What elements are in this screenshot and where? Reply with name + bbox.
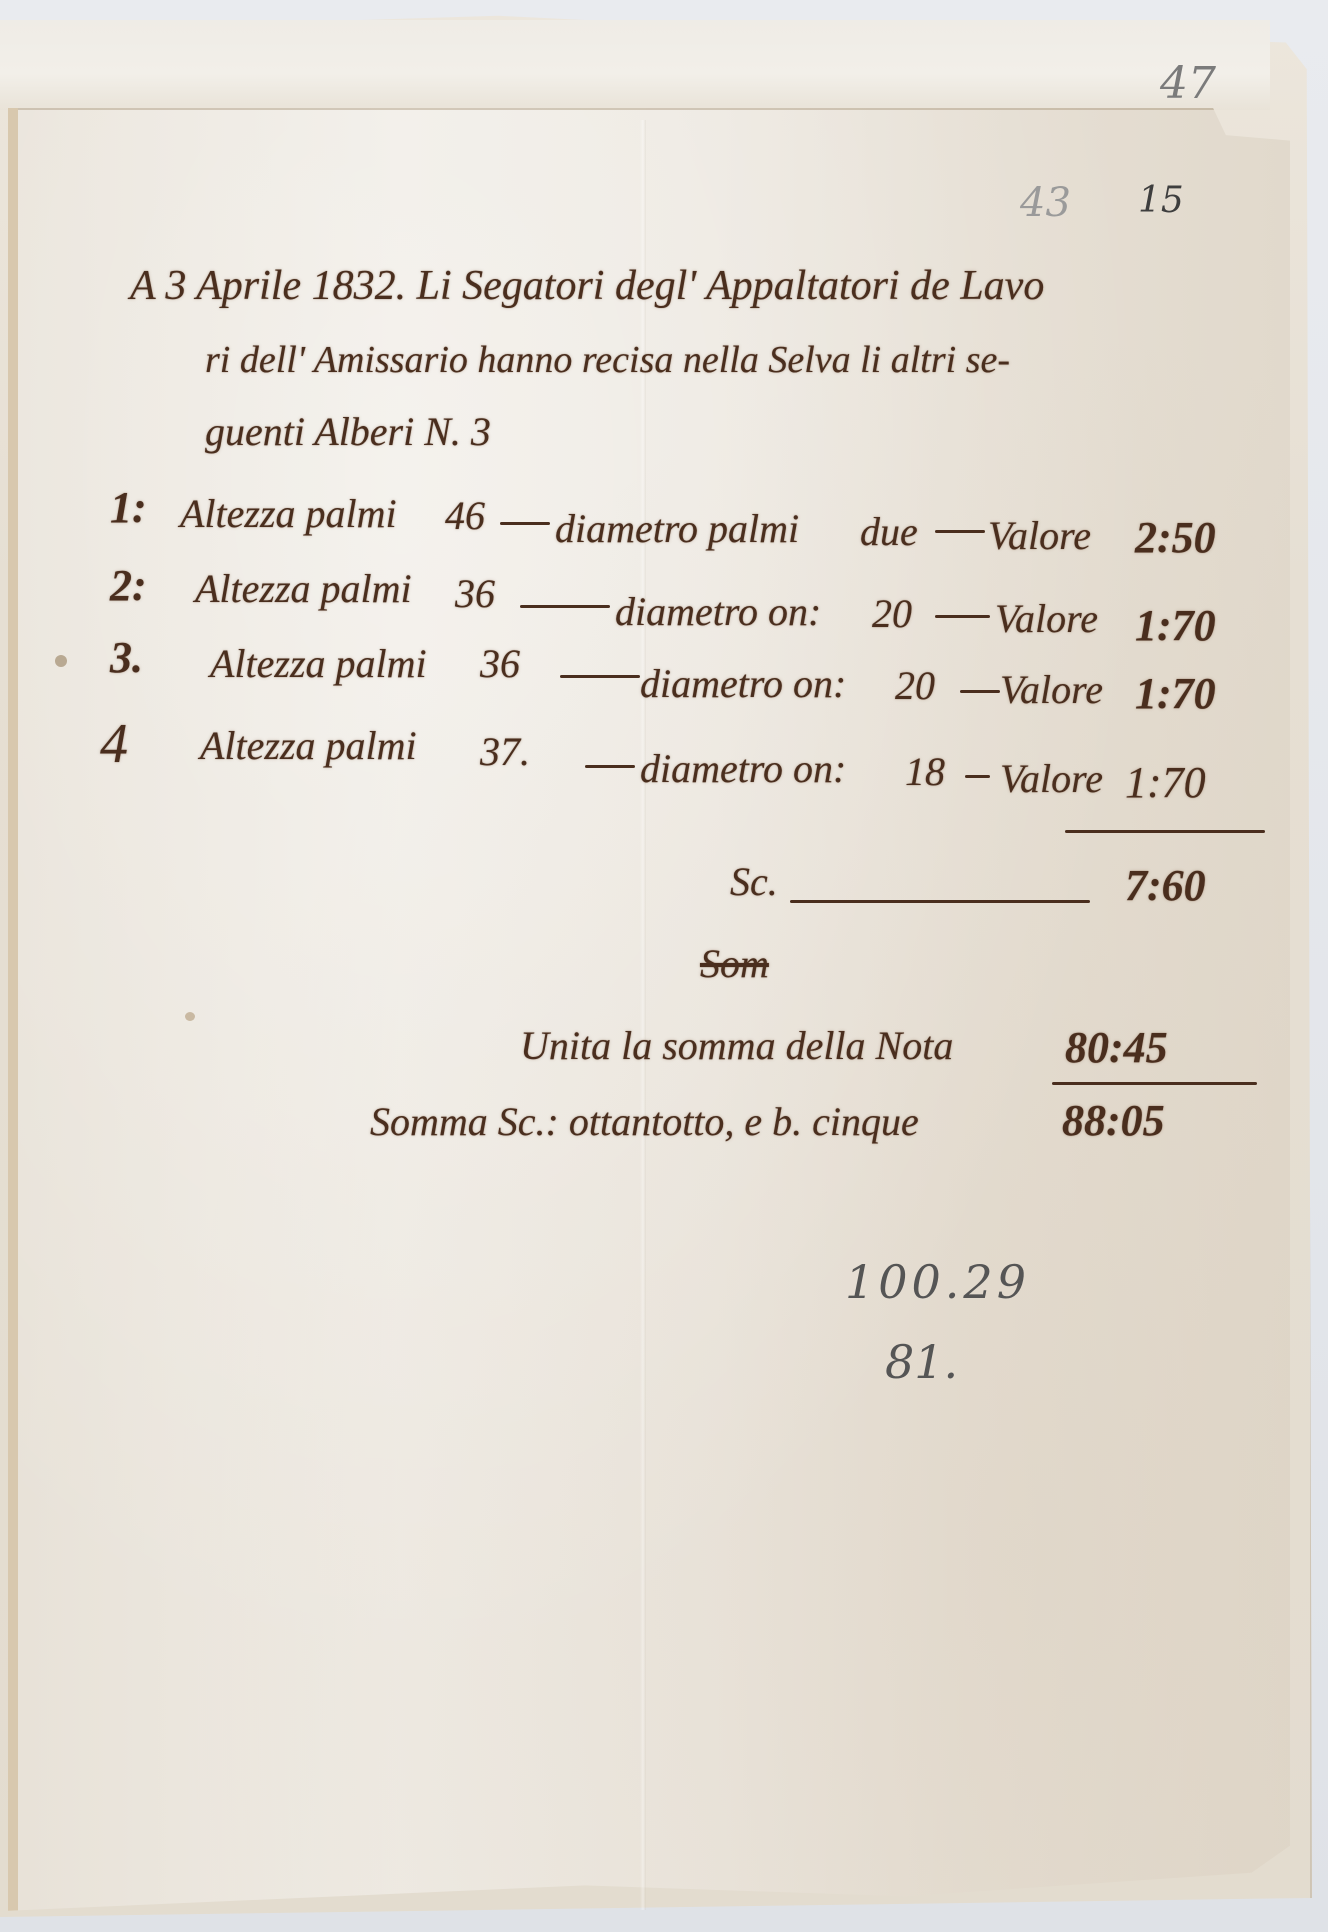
back-sheet-top-strip [0, 20, 1270, 110]
item-2-diameter-label: diametro on: [615, 588, 821, 635]
carried-label: Unita la somma della Nota [520, 1022, 953, 1069]
item-3-value-label: Valore [1000, 666, 1103, 713]
item-4-height-label: Altezza palmi [200, 722, 417, 769]
item-1-height: 46 [445, 492, 485, 539]
pencil-calc-line-1: 100.29 [845, 1255, 1030, 1309]
item-2-dash-2 [935, 615, 990, 618]
item-4-height: 37. [480, 728, 530, 775]
subtotal-label: Sc. [730, 858, 778, 905]
paper-fold [640, 120, 646, 1910]
item-4-diameter-label: diametro on: [640, 745, 846, 792]
item-4-value: 1:70 [1125, 757, 1206, 808]
carried-value: 80:45 [1065, 1022, 1168, 1073]
item-2-dash [520, 605, 610, 608]
item-4-number: 4 [100, 712, 128, 776]
subtotal-dash [790, 900, 1090, 903]
paper-spot [55, 655, 67, 667]
item-1-value: 2:50 [1135, 512, 1216, 563]
item-3-dash-2 [960, 690, 1000, 693]
inner-pencil-number: 43 [1020, 180, 1071, 226]
item-3-number: 3. [110, 632, 143, 683]
item-1-value-label: Valore [988, 512, 1091, 559]
item-2-value: 1:70 [1135, 600, 1216, 651]
item-2-height: 36 [455, 570, 495, 617]
item-4-dash [585, 765, 635, 768]
total-label: Somma Sc.: ottantotto, e b. cinque [370, 1098, 919, 1145]
item-4-diameter: 18 [905, 748, 945, 795]
item-2-height-label: Altezza palmi [195, 565, 412, 612]
item-2-number: 2: [110, 560, 147, 611]
inner-ink-number: 15 [1138, 180, 1184, 221]
heading-line-3: guenti Alberi N. 3 [205, 408, 491, 455]
item-1-diameter: due [860, 508, 918, 555]
struck-word: Som [700, 940, 769, 987]
item-2-value-label: Valore [995, 595, 1098, 642]
subtotal-rule [1065, 830, 1265, 833]
subtotal-value: 7:60 [1125, 860, 1206, 911]
paper-spot [185, 1012, 195, 1021]
item-4-dash-2 [965, 775, 990, 778]
item-3-value: 1:70 [1135, 668, 1216, 719]
item-3-height-label: Altezza palmi [210, 640, 427, 687]
total-value: 88:05 [1062, 1095, 1165, 1146]
pencil-calc-line-2: 81. [885, 1335, 958, 1389]
item-3-height: 36 [480, 640, 520, 687]
item-1-diameter-label: diametro palmi [555, 505, 799, 552]
heading-line-1: A 3 Aprile 1832. Li Segatori degl' Appal… [130, 262, 1044, 310]
item-1-dash [500, 522, 550, 525]
item-3-diameter-label: diametro on: [640, 660, 846, 707]
folio-number-pencil: 47 [1160, 58, 1216, 109]
item-2-diameter: 20 [872, 590, 912, 637]
item-1-height-label: Altezza palmi [180, 490, 397, 537]
total-rule [1052, 1082, 1257, 1085]
heading-line-2: ri dell' Amissario hanno recisa nella Se… [205, 338, 1010, 382]
item-3-diameter: 20 [895, 662, 935, 709]
item-1-number: 1: [110, 482, 147, 533]
item-4-value-label: Valore [1000, 755, 1103, 802]
item-1-dash-2 [935, 530, 985, 533]
item-3-dash [560, 675, 640, 678]
photo-scene: 47 43 15 A 3 Aprile 1832. Li Segatori de… [0, 0, 1328, 1932]
